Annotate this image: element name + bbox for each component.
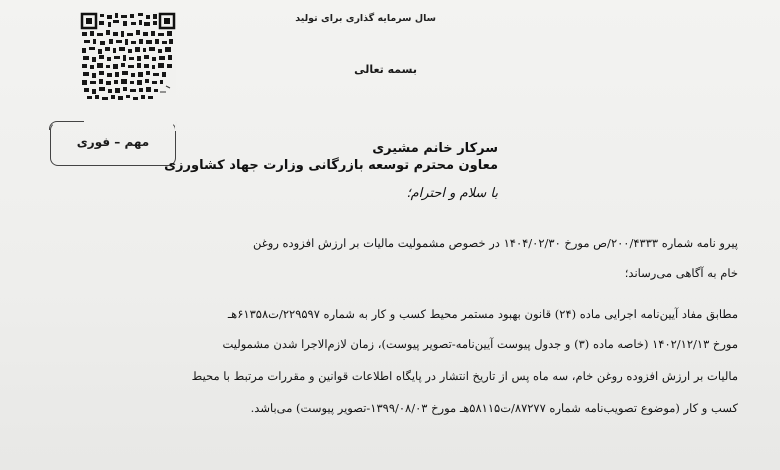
recipient-name: سرکار خانم مشیری: [372, 141, 498, 156]
paragraph-1-line-2: خام به آگاهی می‌رساند؛: [625, 266, 738, 280]
recipient-title: معاون محترم توسعه بازرگانی وزارت جهاد کش…: [164, 158, 498, 173]
paragraph-2-line-4: کسب و کار (موضوع تصویب‌نامه شماره ۸۷۲۷۷/…: [251, 401, 738, 415]
priority-stamp: مهم – فوری: [50, 122, 176, 166]
paragraph-1-line-1: پیرو نامه شماره ۲۰۰/۴۳۳۳/ص مورخ ۱۴۰۴/۰۲/…: [253, 236, 738, 250]
paragraph-2-line-3: مالیات بر ارزش افزوده روغن خام، سه ماه پ…: [192, 369, 738, 383]
greeting: با سلام و احترام؛: [407, 186, 499, 201]
qr-code-icon: [80, 12, 176, 104]
header-slogan: سال سرمایه گذاری برای تولید: [295, 13, 436, 24]
paragraph-2-line-2: مورخ ۱۴۰۲/۱۲/۱۳ (خاصه ماده (۳) و جدول پی…: [222, 337, 738, 351]
letter-page: سال سرمایه گذاری برای تولید بسمه تعالی م…: [0, 0, 780, 470]
header-bismillah: بسمه تعالی: [354, 63, 417, 76]
priority-label: مهم – فوری: [51, 135, 175, 149]
paragraph-2-line-1: مطابق مفاد آیین‌نامه اجرایی ماده (۲۴) قا…: [228, 307, 738, 321]
